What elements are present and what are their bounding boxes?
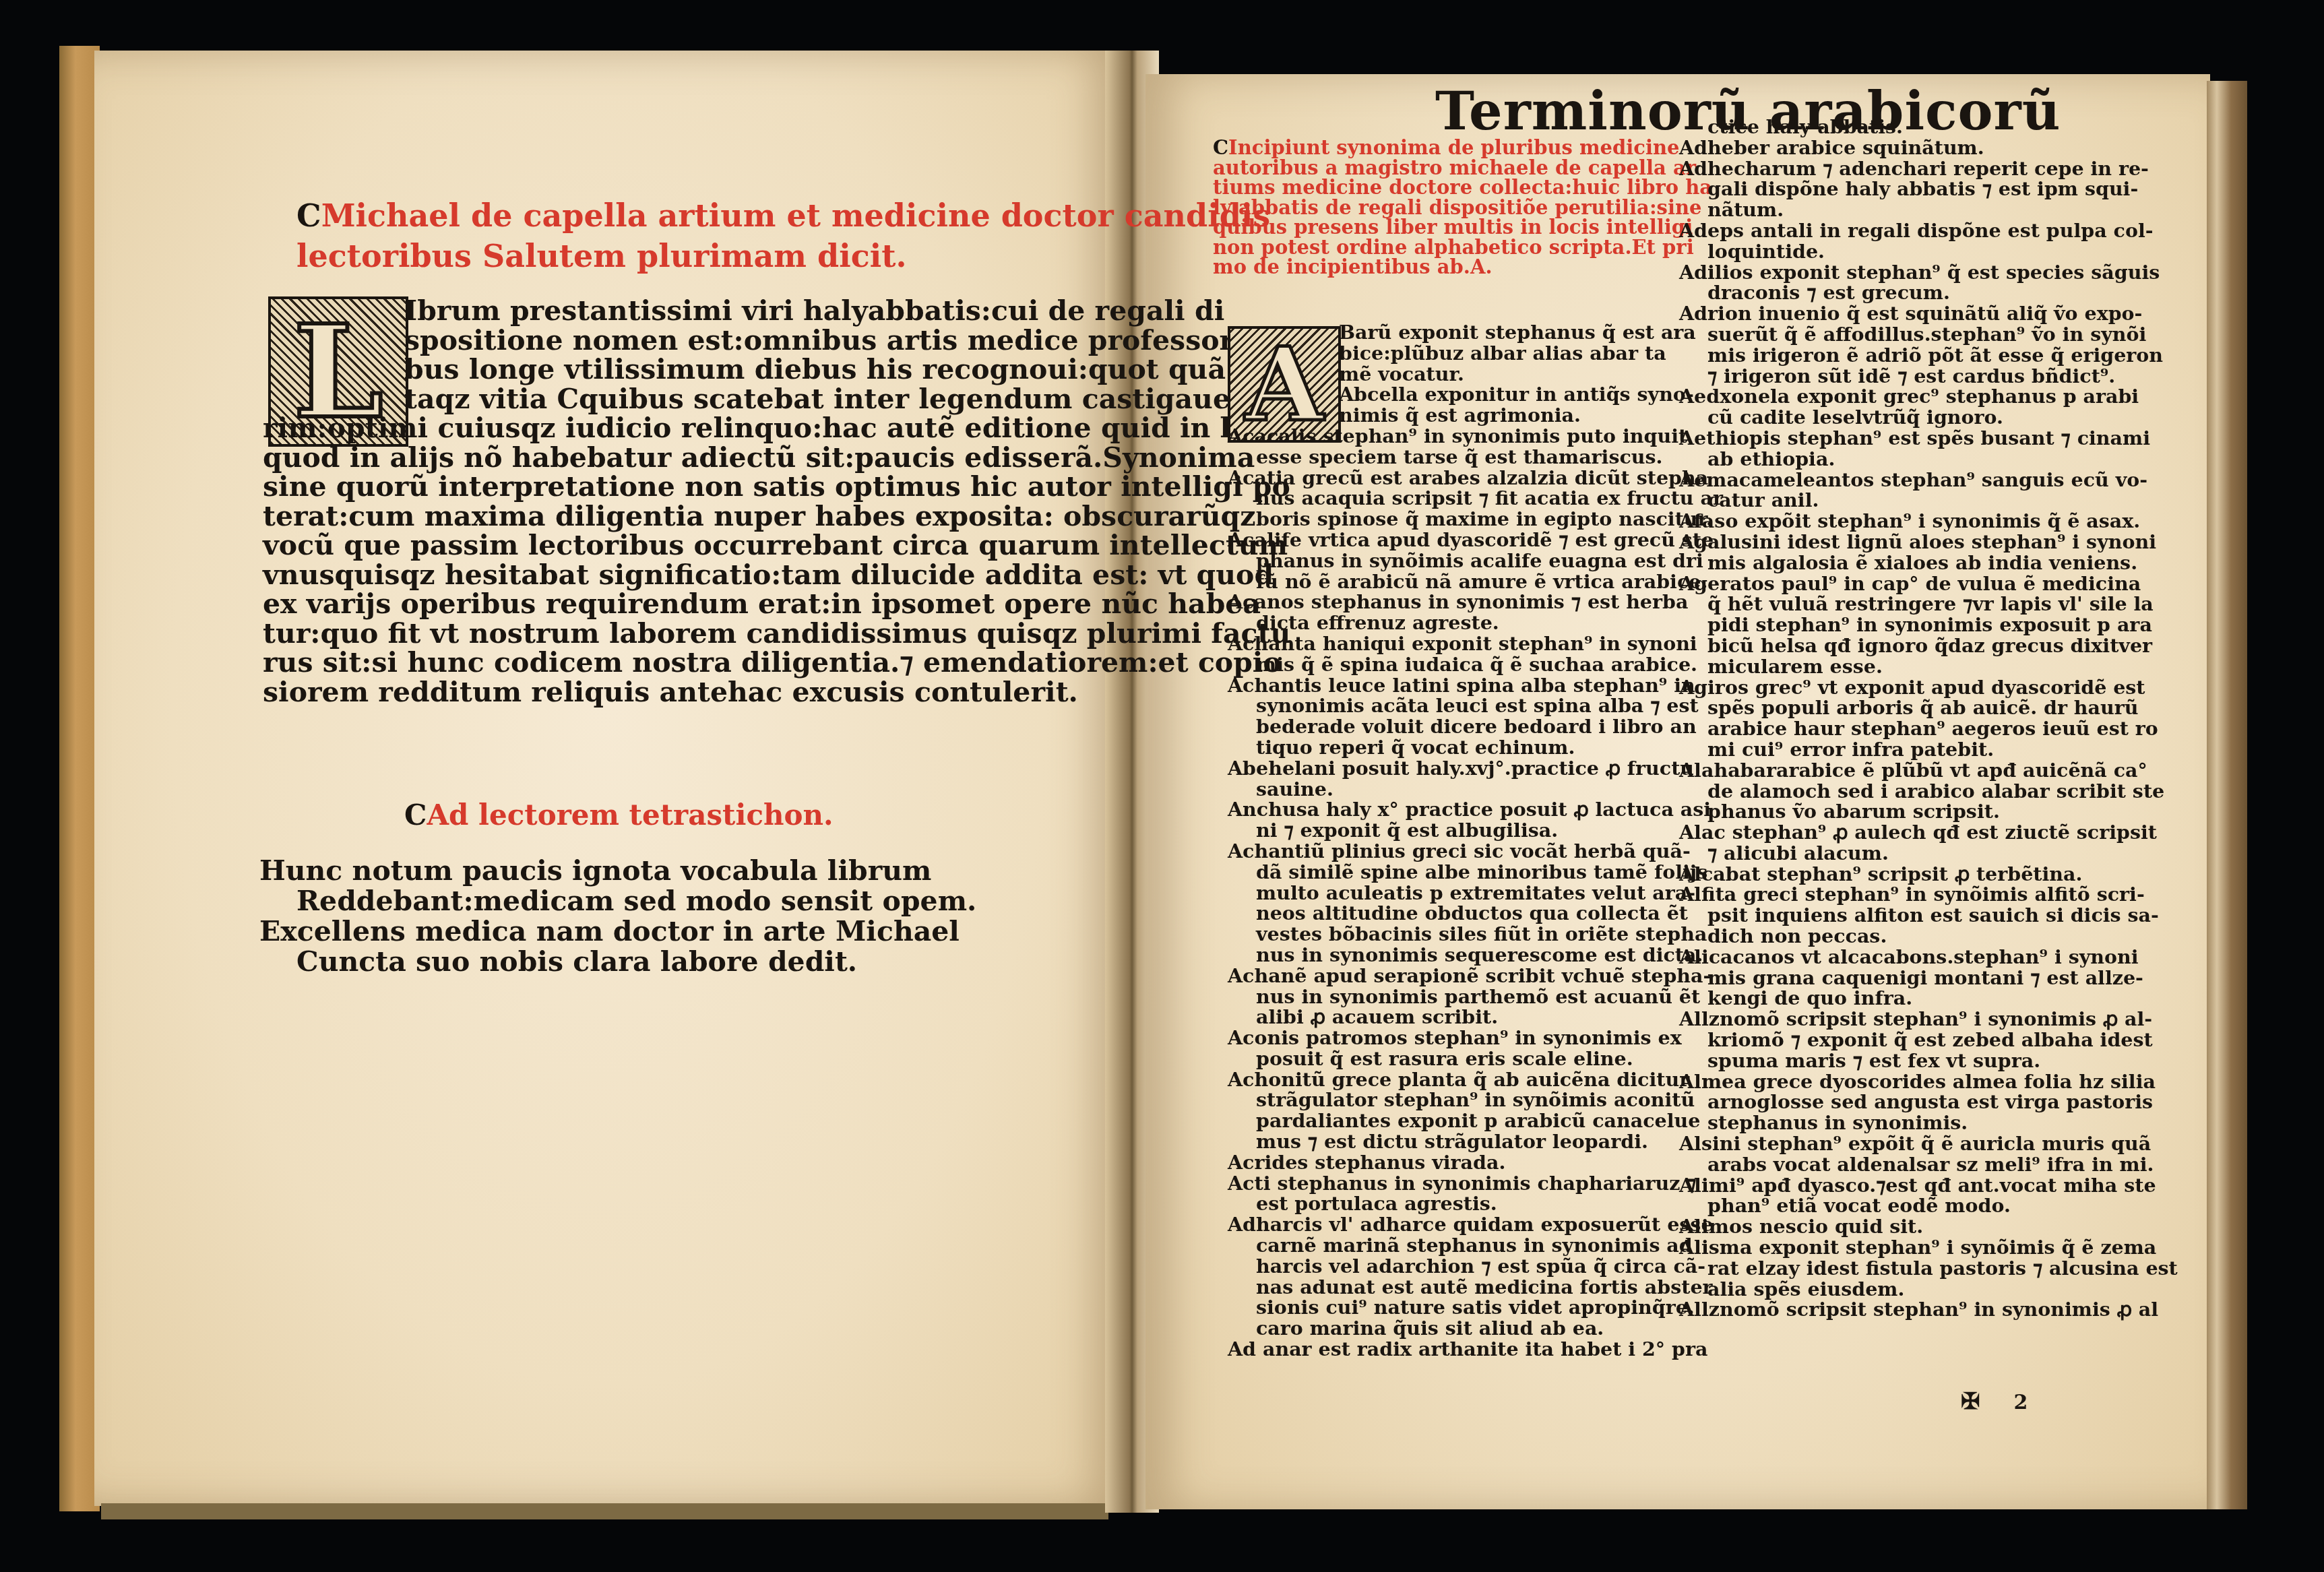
glossary-entry-line: nimis q̃ est agrimonia. (1228, 405, 1645, 426)
glossary-entry-line: Adheber arabice squinãtum. (1679, 137, 2137, 158)
glossary-continuation-line: carnẽ marinã stephanus in synonimis ad (1228, 1235, 1645, 1256)
body-line: taqz vitia Cquibus scatebat inter legend… (404, 385, 1085, 414)
glossary-continuation-line: draconis ⁊ est grecum. (1679, 282, 2137, 303)
incipit-line: non potest ordine alphabetico scripta.Et… (1213, 238, 1631, 258)
glossary-continuation-line: mus ⁊ est dictu strãgulator leopardi. (1228, 1131, 1645, 1152)
body-line: vocũ que passim lectoribus occurrebant c… (263, 531, 1085, 561)
glossary-entry-line: Acacalis stephan⁹ in synonimis puto inqu… (1228, 426, 1645, 447)
glossary-continuation-line: dicta effrenuz agreste. (1228, 612, 1645, 633)
body-line: ex varijs operibus requirendum erat:in i… (263, 590, 1085, 619)
glossary-entry-line: Achantis leuce latini spina alba stephan… (1228, 675, 1645, 696)
glossary-continuation-line: catur anil. (1679, 490, 2137, 511)
glossary-entry-line: Alac stephan⁹ ꝓ aulech qđ est ziuctẽ scr… (1679, 822, 2137, 843)
glossary-entry-line: bice:plũbuz albar alias abar ta (1228, 343, 1645, 364)
glossary-entry-line: Aconis patromos stephan⁹ in synonimis ex (1228, 1028, 1645, 1048)
glossary-continuation-line: strãgulator stephan⁹ in synõimis aconitũ (1228, 1090, 1645, 1110)
glossary-continuation-line: fũ nõ ẽ arabicũ nã amure ẽ vrtica arabic… (1228, 571, 1645, 592)
glossary-continuation-line: nas adunat est autẽ medicina fortis abst… (1228, 1277, 1645, 1298)
glossary-continuation-line: ni ⁊ exponit q̃ est albugilisa. (1228, 820, 1645, 841)
glossary-entry-line: Barũ exponit stephanus q̃ est ara (1228, 322, 1645, 343)
glossary-entry-line: Allznomõ scripsit stephan⁹ in synonimis … (1679, 1299, 2137, 1320)
pilcrow-mark: C (404, 798, 427, 831)
glossary-continuation-line: mis q̃ ẽ spina iudaica q̃ ẽ suchaa arabi… (1228, 654, 1645, 675)
glossary-entry-line: Agiros grec⁹ vt exponit apud dyascoridẽ … (1679, 677, 2137, 698)
book-cover-left-edge (59, 46, 100, 1511)
glossary-continuation-line: spuma maris ⁊ est fex vt supra. (1679, 1050, 2137, 1071)
glossary-entry-line: Acti stephanus in synonimis chaphariaruz… (1228, 1173, 1645, 1194)
glossary-continuation-line: sionis cui⁹ nature satis videt apropinq̃… (1228, 1297, 1645, 1318)
incipit-rubric: CIncipiunt synonima de pluribus medicine… (1213, 138, 1631, 278)
glossary-continuation-line: pardaliantes exponit p arabicũ canacelue (1228, 1110, 1645, 1131)
glossary-entry-line: Almea grece dyoscorides almea folia hz s… (1679, 1071, 2137, 1092)
glossary-entry-line: Achanta haniqui exponit stephan⁹ in syno… (1228, 633, 1645, 654)
glossary-entry-line: Agalusini idest lignũ aloes stephan⁹ i s… (1679, 532, 2137, 553)
incipit-line: ly abbatis de regali dispositiõe perutil… (1213, 198, 1631, 218)
ad-lectorem-heading: CAd lectorem tetrastichon. (404, 798, 834, 831)
glossary-entry-line: Abcella exponitur in antiq̃s syno- (1228, 384, 1645, 405)
body-line: rus sit:si hunc codicem nostra diligenti… (263, 648, 1085, 678)
glossary-entry-line: Achonitũ grece planta q̃ ab auicẽna dici… (1228, 1069, 1645, 1090)
tetrastichon-verse: Hunc notum paucis ignota vocabula librum… (259, 856, 976, 977)
glossary-continuation-line: neos altitudine obductos qua collecta ẽt (1228, 903, 1645, 924)
glossary-continuation-line: nus in synonimis sequerescome est dicta. (1228, 945, 1645, 966)
glossary-continuation-line: alibi ꝓ acauem scribit. (1228, 1007, 1645, 1028)
left-rubric-title: CMichael de capella artium et medicine d… (296, 195, 1270, 276)
verse-line: Cuncta suo nobis clara labore dedit. (259, 947, 976, 977)
glossary-continuation-line: est portulaca agrestis. (1228, 1193, 1645, 1214)
glossary-entry-line: Achanẽ apud serapionẽ scribit vchuẽ step… (1228, 966, 1645, 986)
glossary-continuation-line: arabice haur stephan⁹ aegeros ieuũ est r… (1679, 718, 2137, 739)
body-line: spositione nomen est:omnibus artis medic… (404, 326, 1085, 356)
incipit-line: autoribus a magistro michaele de capella… (1213, 158, 1631, 179)
left-page-cover-edge (101, 1503, 1108, 1519)
glossary-column-left: Barũ exponit stephanus q̃ est arabice:pl… (1228, 322, 1645, 1360)
glossary-entry-line: Acrides stephanus virada. (1228, 1152, 1645, 1173)
left-preface-body: Ibrum prestantissimi viri halyabbatis:cu… (404, 296, 1085, 707)
verse-line: Reddebant:medicam sed modo sensit opem. (259, 886, 976, 916)
glossary-continuation-line: alia spẽs eiusdem. (1679, 1279, 2137, 1300)
rubric-title-line-2: lectoribus Salutem plurimam dicit. (296, 238, 906, 274)
glossary-continuation-line: sauine. (1228, 779, 1645, 800)
glossary-continuation-line: micularem esse. (1679, 656, 2137, 677)
glossary-entry-line: Acatia grecũ est arabes alzalzia dicũt s… (1228, 468, 1645, 489)
glossary-continuation-line: harcis vel adarchion ⁊ est spũa q̃ circa… (1228, 1256, 1645, 1277)
glossary-entry-line: Ad anar est radix arthanite ita habet i … (1228, 1339, 1645, 1360)
glossary-entry-line: Adrion inuenio q̃ est squinãtũ aliq̃ ṽo … (1679, 303, 2137, 324)
glossary-entry-line: Afaso expõit stephan⁹ i synonimis q̃ ẽ a… (1679, 511, 2137, 532)
glossary-continuation-line: nus in synonimis parthemõ est acuanũ ẽt (1228, 986, 1645, 1007)
signature-number: 2 (2014, 1391, 2028, 1414)
glossary-entry-line: Alfita greci stephan⁹ in synõimis alfitõ… (1679, 884, 2137, 905)
glossary-entry-line: Anchusa haly x° practice posuit ꝓ lactuc… (1228, 799, 1645, 820)
glossary-continuation-line: mis grana caquenigi montani ⁊ est allze- (1679, 968, 2137, 988)
glossary-entry-line: Aethiopis stephan⁹ est spẽs busant ⁊ cin… (1679, 428, 2137, 449)
glossary-continuation-line: ab ethiopia. (1679, 449, 2137, 470)
glossary-continuation-line: de alamoch sed i arabico alabar scribit … (1679, 781, 2137, 802)
glossary-continuation-line: q̃ hẽt vuluã restringere ⁊vr lapis vl' s… (1679, 594, 2137, 615)
incipit-line: Incipiunt synonima de pluribus medicine (1228, 136, 1679, 159)
glossary-continuation-line: dich non peccas. (1679, 926, 2137, 947)
glossary-entry-line: Alsini stephan⁹ expõit q̃ ẽ auricla muri… (1679, 1133, 2137, 1154)
glossary-continuation-line: phan⁹ etiã vocat eodẽ modo. (1679, 1195, 2137, 1216)
body-line: vnusquisqz hesitabat significatio:tam di… (263, 561, 1085, 590)
glossary-continuation-line: rat elzay idest fistula pastoris ⁊ alcus… (1679, 1258, 2137, 1279)
glossary-continuation-line: arnoglosse sed angusta est virga pastori… (1679, 1092, 2137, 1112)
glossary-continuation-line: bederade voluit dicere bedoard i libro a… (1228, 716, 1645, 737)
incipit-line: quibus presens liber multis in locis int… (1213, 218, 1631, 238)
body-line: siorem redditum reliquis antehac excusis… (263, 678, 1085, 708)
glossary-continuation-line: nãtum. (1679, 199, 2137, 220)
glossary-continuation-line: vestes bõbacinis siles fiũt in oriẽte st… (1228, 924, 1645, 945)
glossary-continuation-line: multo aculeatis p extremitates velut ara… (1228, 883, 1645, 904)
glossary-entry-line: Allznomõ scripsit stephan⁹ i synonimis ꝓ… (1679, 1009, 2137, 1030)
glossary-continuation-line: synonimis acãta leuci est spina alba ⁊ e… (1228, 695, 1645, 716)
book-fore-edge (2207, 81, 2247, 1509)
pilcrow-mark: C (1213, 136, 1228, 159)
verse-line: Excellens medica nam doctor in arte Mich… (259, 916, 976, 947)
glossary-continuation-line: dã similẽ spine albe minoribus tamẽ foli… (1228, 862, 1645, 883)
pilcrow-mark: C (296, 197, 321, 234)
glossary-entry-line: Alicacanos vt alcacabons.stephan⁹ i syno… (1679, 947, 2137, 968)
glossary-continuation-line: gali dispõne haly abbatis ⁊ est ipm squi… (1679, 179, 2137, 199)
rubric-title-line-1: Michael de capella artium et medicine do… (321, 197, 1271, 234)
glossary-entry-line: Acalife vrtica apud dyascoridẽ ⁊ est gre… (1228, 530, 1645, 551)
glossary-entry-line: Adeps antali in regali dispõne est pulpa… (1679, 220, 2137, 241)
glossary-continuation-line: cũ cadite leselvtrũq̃ ignoro. (1679, 407, 2137, 428)
body-line: terat:cum maxima diligentia nuper habes … (263, 502, 1085, 532)
glossary-continuation-line: mis algalosia ẽ xialoes ab india veniens… (1679, 553, 2137, 573)
glossary-column-right: ctice haly abbatis.Adheber arabice squin… (1679, 117, 2137, 1320)
glossary-continuation-line: esse speciem tarse q̃ est thamariscus. (1228, 447, 1645, 468)
cross-pattee-icon: ✠ (1961, 1388, 1980, 1415)
glossary-continuation-line: phanus in synõimis acalife euagna est dr… (1228, 551, 1645, 571)
incipit-line: tiums medicine doctore collecta:huic lib… (1213, 178, 1631, 198)
glossary-continuation-line: tiquo reperi q̃ vocat echinum. (1228, 737, 1645, 758)
glossary-entry-line: Alimi⁹ apđ dyasco.⁊est qđ ant.vocat miha… (1679, 1175, 2137, 1196)
glossary-continuation-line: bicũ helsa qđ ignoro q̃daz grecus dixitv… (1679, 635, 2137, 656)
glossary-continuation-line: ⁊ alicubi alacum. (1679, 843, 2137, 864)
glossary-continuation-line: kriomõ ⁊ exponit q̃ est zebed albaha ide… (1679, 1030, 2137, 1050)
glossary-continuation-line: arabs vocat aldenalsar sz meli⁹ ifra in … (1679, 1154, 2137, 1175)
glossary-continuation-line: spẽs populi arboris q̃ ab auicẽ. dr haur… (1679, 697, 2137, 718)
glossary-continuation-line: loquintide. (1679, 241, 2137, 262)
glossary-entry-line: Aedxonela exponit grec⁹ stephanus p arab… (1679, 386, 2137, 407)
verse-line: Hunc notum paucis ignota vocabula librum (259, 856, 976, 886)
glossary-entry-line: Adilios exponit stephan⁹ q̃ est species … (1679, 262, 2137, 283)
body-line: rim:optimi cuiusqz iudicio relinquo:hac … (263, 414, 1085, 443)
body-line: tur:quo fit vt nostrum laborem candidiss… (263, 619, 1085, 649)
glossary-continuation-line: boris spinose q̃ maxime in egipto nascit… (1228, 509, 1645, 530)
glossary-entry-line: Adharcis vl' adharce quidam exposuerũt e… (1228, 1214, 1645, 1235)
glossary-continuation-line: stephanus in synonimis. (1679, 1112, 2137, 1133)
glossary-entry-line: Abehelani posuit haly.xvj°.practice ꝓ fr… (1228, 758, 1645, 779)
glossary-entry-line: Adhecharum ⁊ adenchari reperit cepe in r… (1679, 158, 2137, 179)
body-line: quod in alijs nõ habebatur adiectũ sit:p… (263, 443, 1085, 473)
glossary-continuation-line: ctice haly abbatis. (1679, 117, 2137, 137)
glossary-continuation-line: ⁊ irigeron sũt idẽ ⁊ est cardus bñdict⁹. (1679, 366, 2137, 387)
glossary-continuation-line: psit inquiens alfiton est sauich si dici… (1679, 905, 2137, 926)
body-line: sine quorũ interpretatione non satis opt… (263, 472, 1085, 502)
incipit-line: mo de incipientibus ab.A. (1213, 257, 1631, 278)
glossary-continuation-line: posuit q̃ est rasura eris scale eline. (1228, 1048, 1645, 1069)
glossary-continuation-line: mi cui⁹ error infra patebit. (1679, 739, 2137, 760)
glossary-continuation-line: phanus ṽo abarum scripsit. (1679, 801, 2137, 822)
glossary-continuation-line: mis irigeron ẽ adriõ põt ãt esse q̃ erig… (1679, 345, 2137, 366)
signature-mark: ✠2 (1961, 1388, 2028, 1415)
glossary-entry-line: Acanos stephanus in synonimis ⁊ est herb… (1228, 592, 1645, 612)
body-line: Ibrum prestantissimi viri halyabbatis:cu… (404, 296, 1085, 326)
glossary-continuation-line: suerũt q̃ ẽ affodillus.stephan⁹ ṽo in sy… (1679, 324, 2137, 345)
glossary-entry-line: Alahabararabice ẽ plũbũ vt apđ auicẽnã c… (1679, 760, 2137, 781)
glossary-entry-line: Alisma exponit stephan⁹ i synõimis q̃ ẽ … (1679, 1237, 2137, 1258)
glossary-entry-line: Alcabat stephan⁹ scripsit ꝓ terbẽtina. (1679, 864, 2137, 885)
glossary-entry-line: mẽ vocatur. (1228, 364, 1645, 385)
glossary-entry-line: Ageratos paul⁹ in cap° de vulua ẽ medici… (1679, 573, 2137, 594)
glossary-continuation-line: caro marina q̃uis sit aliud ab ea. (1228, 1318, 1645, 1339)
ad-lectorem-text: Ad lectorem tetrastichon. (427, 798, 833, 831)
glossary-continuation-line: kengi de quo infra. (1679, 988, 2137, 1009)
glossary-continuation-line: nus acaquia scripsit ⁊ fit acatia ex fru… (1228, 488, 1645, 509)
glossary-entry-line: Aemacameleantos stephan⁹ sanguis ecũ vo- (1679, 470, 2137, 491)
glossary-entry-line: Alimos nescio quid sit. (1679, 1216, 2137, 1237)
glossary-entry-line: Achantiũ plinius greci sic vocãt herbã q… (1228, 841, 1645, 862)
body-line: bus longe vtilissimum diebus his recogno… (404, 355, 1085, 385)
glossary-continuation-line: pidi stephan⁹ in synonimis exposuit p ar… (1679, 615, 2137, 635)
